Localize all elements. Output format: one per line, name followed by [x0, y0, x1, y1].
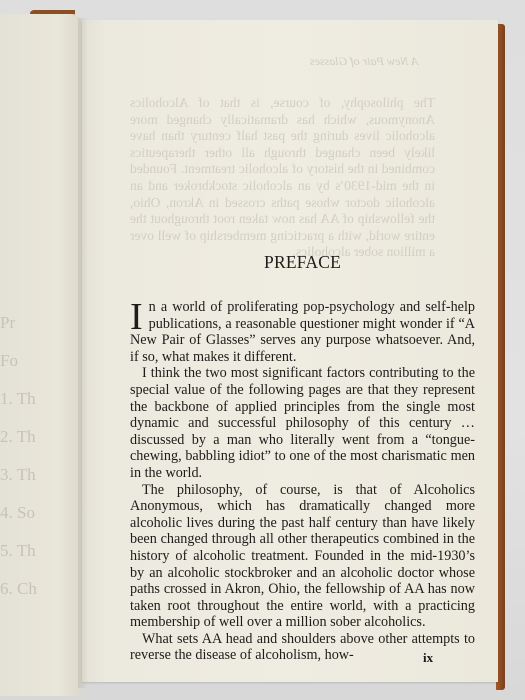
toc-fragment: 2. Th [0, 418, 60, 456]
toc-fragment: Fo [0, 342, 60, 380]
toc-fragment: 4. So [0, 494, 60, 532]
left-page: Pr Fo 1. Th 2. Th 3. Th 4. So 5. Th 6. C… [0, 14, 82, 696]
paragraph-text: n a world of proliferating pop-psycholog… [130, 299, 475, 365]
paragraph-1: In a world of proliferating pop-psycholo… [130, 299, 475, 365]
page-number: ix [423, 650, 433, 666]
show-through-running-header: A New Pair of Glasses [310, 54, 418, 69]
paragraph-2: I think the two most significant factors… [130, 365, 475, 481]
preface-content: PREFACE In a world of proliferating pop-… [130, 252, 475, 664]
drop-cap: I [130, 302, 143, 332]
paragraph-3: The philosophy, of course, is that of Al… [130, 482, 475, 631]
toc-fragment: Pr [0, 304, 60, 342]
toc-fragment: 6. Ch [0, 570, 60, 608]
left-page-toc-fragments: Pr Fo 1. Th 2. Th 3. Th 4. So 5. Th 6. C… [0, 304, 60, 608]
toc-fragment: 5. Th [0, 532, 60, 570]
page-title: PREFACE [130, 252, 475, 273]
toc-fragment: 3. Th [0, 456, 60, 494]
gutter-shadow [78, 18, 88, 688]
toc-fragment: 1. Th [0, 380, 60, 418]
show-through-text: The philosophy, of course, is that of Al… [130, 95, 435, 261]
